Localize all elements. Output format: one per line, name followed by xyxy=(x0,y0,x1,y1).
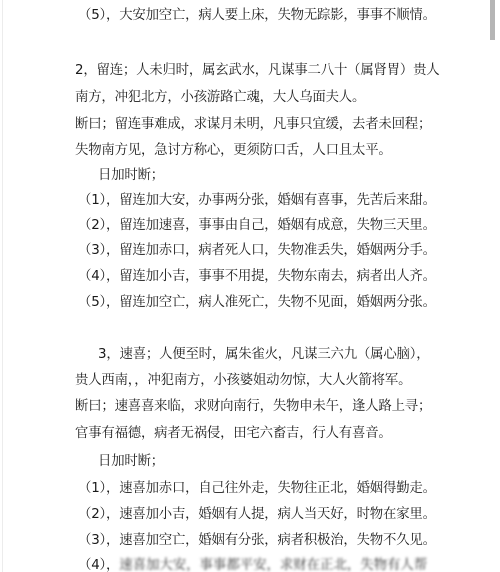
item-4-obscured-text: 速喜加大安，事事都平安，求财在正北，失物有人帮 xyxy=(119,558,427,572)
section-3-item-4: （4），速喜加大安，事事都平安，求财在正北，失物有人帮 xyxy=(78,557,427,572)
section-2-item-5: （5），留连加空亡，病人准死亡，失物不见面，婚姻两分张。 xyxy=(78,294,436,312)
document-page: （5），大安加空亡，病人要上床，失物无踪影，事事不顺情。 2，留连；人未归时，属… xyxy=(0,0,500,572)
section-2-subheading: 日加时断； xyxy=(98,167,164,185)
item-4-prefix: （4）， xyxy=(78,558,119,572)
section-3-judgment-line-1: 断曰；速喜喜来临，求财向南行，失物申未午，逢人路上寻； xyxy=(75,398,431,416)
section-3-heading-line-1: 3，速喜；人便至时，属朱雀火，凡谋三六九（属心脑）， xyxy=(98,346,429,364)
section-2-item-3: （3），留连加赤口，病者死人口，失物准丢失，婚姻两分手。 xyxy=(78,242,436,260)
section-2-heading-line-1: 2，留连；人未归时，属玄武水，凡谋事二八十（属肾胃）贵人 xyxy=(75,62,439,80)
section-3-heading-line-2: 贵人西南，，冲犯南方，小孩婆姐动勿惊，大人火箭将军。 xyxy=(75,372,411,390)
section-3-subheading: 日加时断； xyxy=(98,453,164,471)
scrollbar-thumb[interactable] xyxy=(490,0,495,40)
left-border xyxy=(2,0,3,572)
section-2-item-2: （2），留连加速喜，事事由自己，婚姻有成意，失物三天里。 xyxy=(78,217,436,235)
section-2-heading-line-2: 南方，冲犯北方，小孩游路亡魂，大人乌面夫人。 xyxy=(75,89,365,107)
section-3-item-2: （2），速喜加小吉，婚姻有人提，病人当天好，时物在家里。 xyxy=(78,506,436,524)
section-3-judgment-line-2: 官事有福德，病者无祸侵，田宅六畜吉，行人有喜音。 xyxy=(75,425,392,443)
section-3-item-3: （3），速喜加空亡，婚姻有分张，病者积极治，失物不久见。 xyxy=(78,532,436,550)
section-3-item-1: （1），速喜加赤口，自己往外走，失物往正北，婚姻得勤走。 xyxy=(78,480,436,498)
section-2-item-1: （1），留连加大安，办事两分张，婚姻有喜事，先苦后来甜。 xyxy=(78,192,436,210)
section-2-item-4: （4），留连加小吉，事事不用提，失物东南去，病者出人齐。 xyxy=(78,268,436,286)
section-1-item-5: （5），大安加空亡，病人要上床，失物无踪影，事事不顺情。 xyxy=(78,7,436,25)
section-2-judgment-line-1: 断曰；留连事难成，求谋月未明，凡事只宜缓，去者未回程； xyxy=(75,116,431,134)
section-2-judgment-line-2: 失物南方见，急讨方称心，更须防口舌，人口且太平。 xyxy=(75,142,392,160)
scrollbar-track[interactable] xyxy=(488,0,500,572)
